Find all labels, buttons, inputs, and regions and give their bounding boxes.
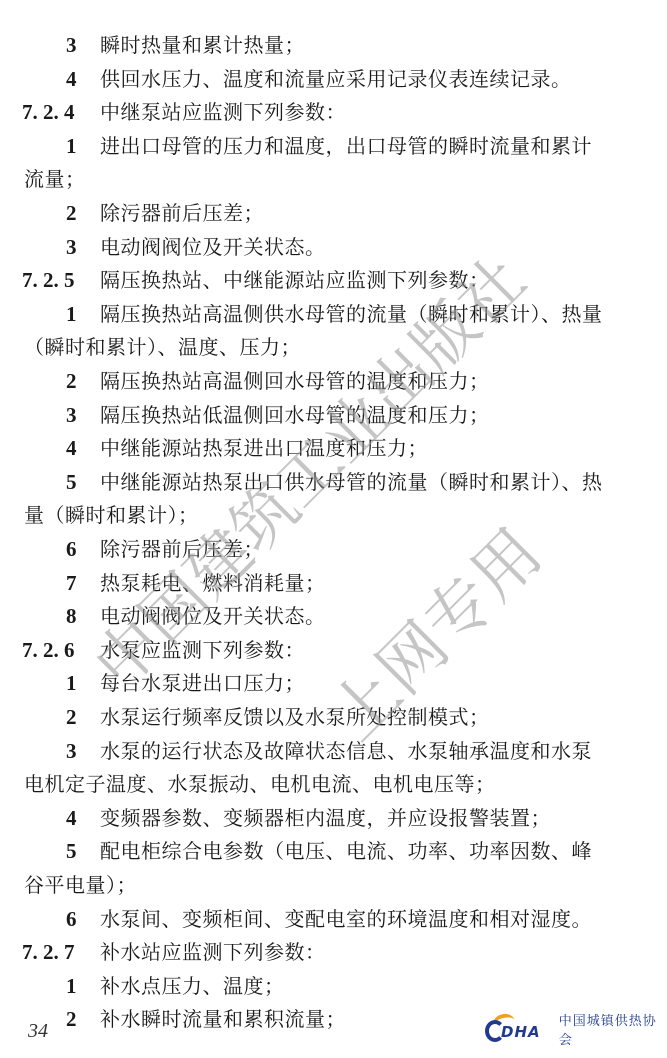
item-number: 3 [66, 398, 77, 432]
item-number: 7 [66, 566, 77, 600]
logo-org-name: 中国城镇供热协会 [559, 1010, 667, 1048]
line-text: 中继能源站热泵进出口温度和压力； [100, 431, 428, 465]
item-number: 3 [66, 734, 77, 768]
line-text: 中继泵站应监测下列参数： [100, 95, 346, 129]
line-text: 水泵的运行状态及故障状态信息、水泵轴承温度和水泵 [100, 734, 592, 768]
page-number: 34 [28, 1020, 48, 1043]
line-text: 除污器前后压差； [100, 532, 264, 566]
item-number: 2 [66, 196, 77, 230]
item-number: 4 [66, 431, 77, 465]
item-number: 1 [66, 666, 77, 700]
item-number: 6 [66, 902, 77, 936]
line-text: 补水点压力、温度； [100, 969, 285, 1003]
association-logo: DHA 中国城镇供热协会 [485, 1014, 667, 1044]
line-text: 隔压换热站高温侧供水母管的流量（瞬时和累计）、热量 [100, 297, 603, 331]
line-text: 电动阀阀位及开关状态。 [100, 599, 326, 633]
line-text: 隔压换热站、中继能源站应监测下列参数： [100, 263, 490, 297]
item-number: 1 [66, 297, 77, 331]
document-page: 3瞬时热量和累计热量；4供回水压力、温度和流量应采用记录仪表连续记录。7. 2.… [0, 0, 667, 1058]
line-text: 热泵耗电、燃料消耗量； [100, 566, 326, 600]
item-number: 5 [66, 834, 77, 868]
item-number: 1 [66, 969, 77, 1003]
line-text: 中继能源站热泵出口供水母管的流量（瞬时和累计）、热 [100, 465, 603, 499]
line-text: 电动阀阀位及开关状态。 [100, 230, 326, 264]
item-number: 5 [66, 465, 77, 499]
item-number: 4 [66, 801, 77, 835]
line-text: 量（瞬时和累计）； [24, 498, 199, 532]
line-text: 配电柜综合电参数（电压、电流、功率、功率因数、峰 [100, 834, 592, 868]
line-text: 谷平电量）； [24, 868, 137, 902]
line-text: 补水瞬时流量和累积流量； [100, 1002, 346, 1036]
line-text: 变频器参数、变频器柜内温度，并应设报警装置； [100, 801, 551, 835]
line-text: 每台水泵进出口压力； [100, 666, 305, 700]
line-text: 除污器前后压差； [100, 196, 264, 230]
section-number: 7. 2. 7 [22, 935, 75, 969]
item-number: 4 [66, 62, 77, 96]
line-text: 供回水压力、温度和流量应采用记录仪表连续记录。 [100, 62, 572, 96]
line-text: 进出口母管的压力和温度，出口母管的瞬时流量和累计 [100, 129, 592, 163]
line-text: 补水站应监测下列参数： [100, 935, 326, 969]
item-number: 3 [66, 230, 77, 264]
line-text: 隔压换热站高温侧回水母管的温度和压力； [100, 364, 490, 398]
item-number: 8 [66, 599, 77, 633]
line-text: 水泵间、变频柜间、变配电室的环境温度和相对湿度。 [100, 902, 592, 936]
item-number: 2 [66, 700, 77, 734]
item-number: 3 [66, 28, 77, 62]
line-text: 水泵应监测下列参数： [100, 633, 305, 667]
item-number: 2 [66, 364, 77, 398]
line-text: 电机定子温度、水泵振动、电机电流、电机电压等； [24, 767, 496, 801]
item-number: 1 [66, 129, 77, 163]
section-number: 7. 2. 4 [22, 95, 75, 129]
line-text: 流量； [24, 162, 86, 196]
line-text: 水泵运行频率反馈以及水泵所处控制模式； [100, 700, 490, 734]
line-text: （瞬时和累计）、温度、压力； [24, 330, 301, 364]
logo-abbr: DHA [501, 1023, 541, 1041]
line-text: 隔压换热站低温侧回水母管的温度和压力； [100, 398, 490, 432]
section-number: 7. 2. 5 [22, 263, 75, 297]
line-text: 瞬时热量和累计热量； [100, 28, 305, 62]
dha-logo-icon: DHA [485, 1014, 553, 1044]
item-number: 6 [66, 532, 77, 566]
item-number: 2 [66, 1002, 77, 1036]
section-number: 7. 2. 6 [22, 633, 75, 667]
